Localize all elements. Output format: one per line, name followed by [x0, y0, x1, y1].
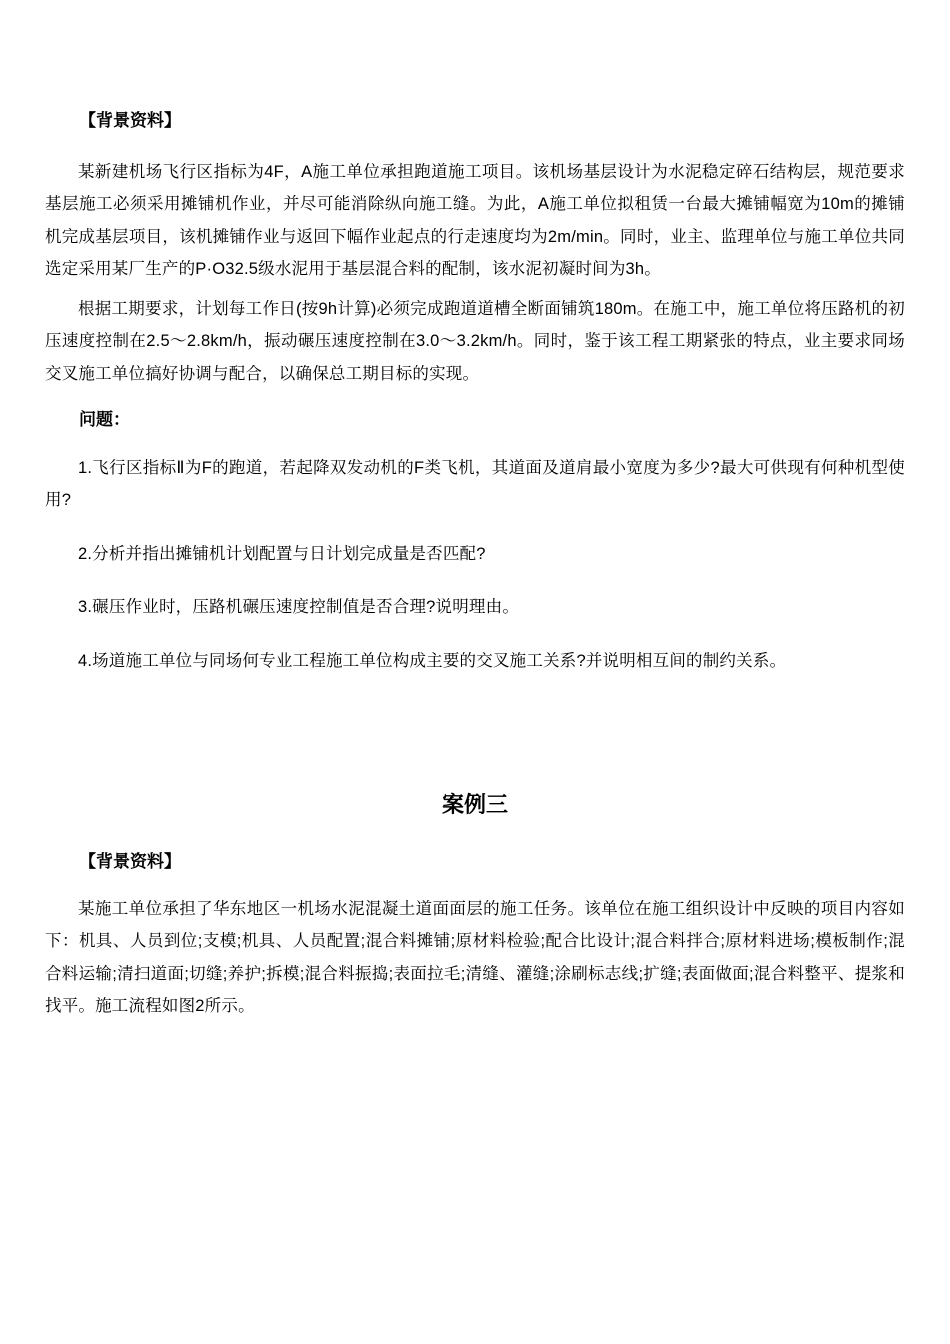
question-item-2: 2.分析并指出摊铺机计划配置与日计划完成量是否匹配?	[45, 538, 905, 571]
case-three-title: 案例三	[45, 789, 905, 821]
question-item-4: 4.场道施工单位与同场何专业工程施工单位构成主要的交叉施工关系?并说明相互间的制…	[45, 645, 905, 678]
question-item-3: 3.碾压作业时，压路机碾压速度控制值是否合理?说明理由。	[45, 591, 905, 624]
document-page: 【背景资料】 某新建机场飞行区指标为4F，A施工单位承担跑道施工项目。该机场基层…	[0, 0, 950, 1344]
question-item-1: 1.飞行区指标Ⅱ为F的跑道，若起降双发动机的F类飞机，其道面及道肩最小宽度为多少…	[45, 452, 905, 517]
case-three-background-section-header: 【背景资料】	[45, 846, 905, 879]
document-content: 【背景资料】 某新建机场飞行区指标为4F，A施工单位承担跑道施工项目。该机场基层…	[0, 0, 950, 1023]
case-three-background-paragraph: 某施工单位承担了华东地区一机场水泥混凝土道面面层的施工任务。该单位在施工组织设计…	[45, 893, 905, 1023]
background-paragraph-1: 某新建机场飞行区指标为4F，A施工单位承担跑道施工项目。该机场基层设计为水泥稳定…	[45, 156, 905, 286]
background-section-header: 【背景资料】	[45, 105, 905, 138]
questions-section-header: 问题：	[45, 404, 905, 437]
background-paragraph-2: 根据工期要求，计划每工作日(按9h计算)必须完成跑道道槽全断面铺筑180m。在施…	[45, 293, 905, 391]
